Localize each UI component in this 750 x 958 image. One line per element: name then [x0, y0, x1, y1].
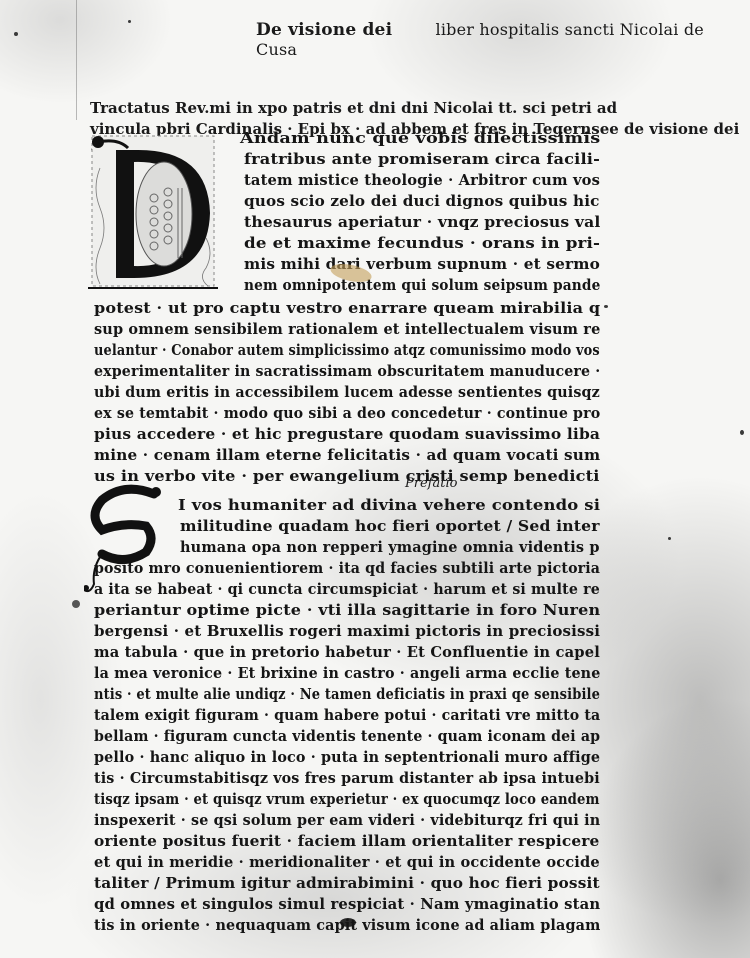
- text-line: mine · cenam illam eterne felicitatis · …: [94, 446, 600, 464]
- section-label: Prefatio: [405, 476, 457, 491]
- text-line: tatem mistice theologie · Arbitror cum v…: [244, 171, 600, 189]
- text-line: pius accedere · et hic pregustare quodam…: [94, 425, 600, 443]
- text-line: ntis · et multe alie undiqz · Ne tamen d…: [94, 685, 600, 703]
- ink-speck: [740, 430, 744, 435]
- text-line: experimentaliter in sacratissimam obscur…: [94, 362, 600, 380]
- text-line: militudine quadam hoc fieri oportet / Se…: [180, 517, 600, 535]
- text-line: I vos humaniter ad divina vehere contend…: [178, 496, 600, 514]
- text-line: de et maxime fecundus · orans in pri-: [244, 234, 600, 252]
- text-line: talem exigit figuram · quam habere potui…: [94, 706, 600, 724]
- text-line: bellam · figuram cuncta videntis tenente…: [94, 727, 600, 745]
- ink-speck: [128, 20, 131, 23]
- page-header: De visione dei liber hospitalis sancti N…: [256, 20, 750, 59]
- ink-speck: [604, 305, 608, 308]
- text-line: uelantur · Conabor autem simplicissimo a…: [94, 341, 600, 359]
- illuminated-initial-d-icon: [88, 128, 218, 293]
- ink-speck: [72, 600, 80, 608]
- text-line: potest · ut pro captu vestro enarrare qu…: [94, 299, 600, 317]
- text-line: tis in oriente · nequaquam capit visum i…: [94, 916, 600, 934]
- text-line: tis · Circumstabitisqz vos fres parum di…: [94, 769, 600, 787]
- text-line: ubi dum eritis in accessibilem lucem ade…: [94, 383, 600, 401]
- text-line: thesaurus aperiatur · vnqz preciosus val: [244, 213, 600, 231]
- margin-ruling: [76, 0, 77, 120]
- text-line: la mea veronice · Et brixine in castro ·…: [94, 664, 600, 682]
- text-line: nem omnipotentem qui solum seipsum pande: [244, 276, 600, 294]
- text-line: periantur optime picte · vti illa sagitt…: [94, 601, 600, 619]
- work-title: De visione dei: [256, 20, 392, 40]
- text-line: bergensi · et Bruxellis rogeri maximi pi…: [94, 622, 600, 640]
- text-line: qd omnes et singulos simul respiciat · N…: [94, 895, 600, 913]
- text-line: taliter / Primum igitur admirabimini · q…: [94, 874, 600, 892]
- text-line: ma tabula · que in pretorio habetur · Et…: [94, 643, 600, 661]
- text-line: a ita se habeat · qi cuncta circumspicia…: [94, 580, 600, 598]
- text-line: inspexerit · se qsi solum per eam videri…: [94, 811, 600, 829]
- text-line: sup omnem sensibilem rationalem et intel…: [94, 320, 600, 338]
- ink-speck: [14, 32, 18, 36]
- text-line: mis mihi dari verbum supnum · et sermo: [244, 255, 600, 273]
- text-line: tisqz ipsam · et quisqz vrum experietur …: [94, 790, 600, 808]
- ink-speck: [668, 537, 671, 540]
- text-line: posito mro conuenientiorem · ita qd faci…: [94, 559, 600, 577]
- rubric-line: Tractatus Rev.mi in xpo patris et dni dn…: [90, 98, 740, 119]
- text-line: oriente positus fuerit · faciem illam or…: [94, 832, 599, 850]
- text-line: humana opa non repperi ymagine omnia vid…: [180, 538, 600, 556]
- text-line: pello · hanc aliquo in loco · puta in se…: [94, 748, 600, 766]
- text-line: et qui in meridie · meridionaliter · et …: [94, 853, 600, 871]
- text-line: fratribus ante promiseram circa facili-: [244, 150, 600, 168]
- text-line: us in verbo vite · per ewangelium cristi…: [94, 467, 600, 485]
- text-line: Andam nunc que vobis dilectissimis: [240, 129, 600, 147]
- text-line: ex se temtabit · modo quo sibi a deo con…: [94, 404, 600, 422]
- text-line: quos scio zelo dei duci dignos quibus hi…: [244, 192, 600, 210]
